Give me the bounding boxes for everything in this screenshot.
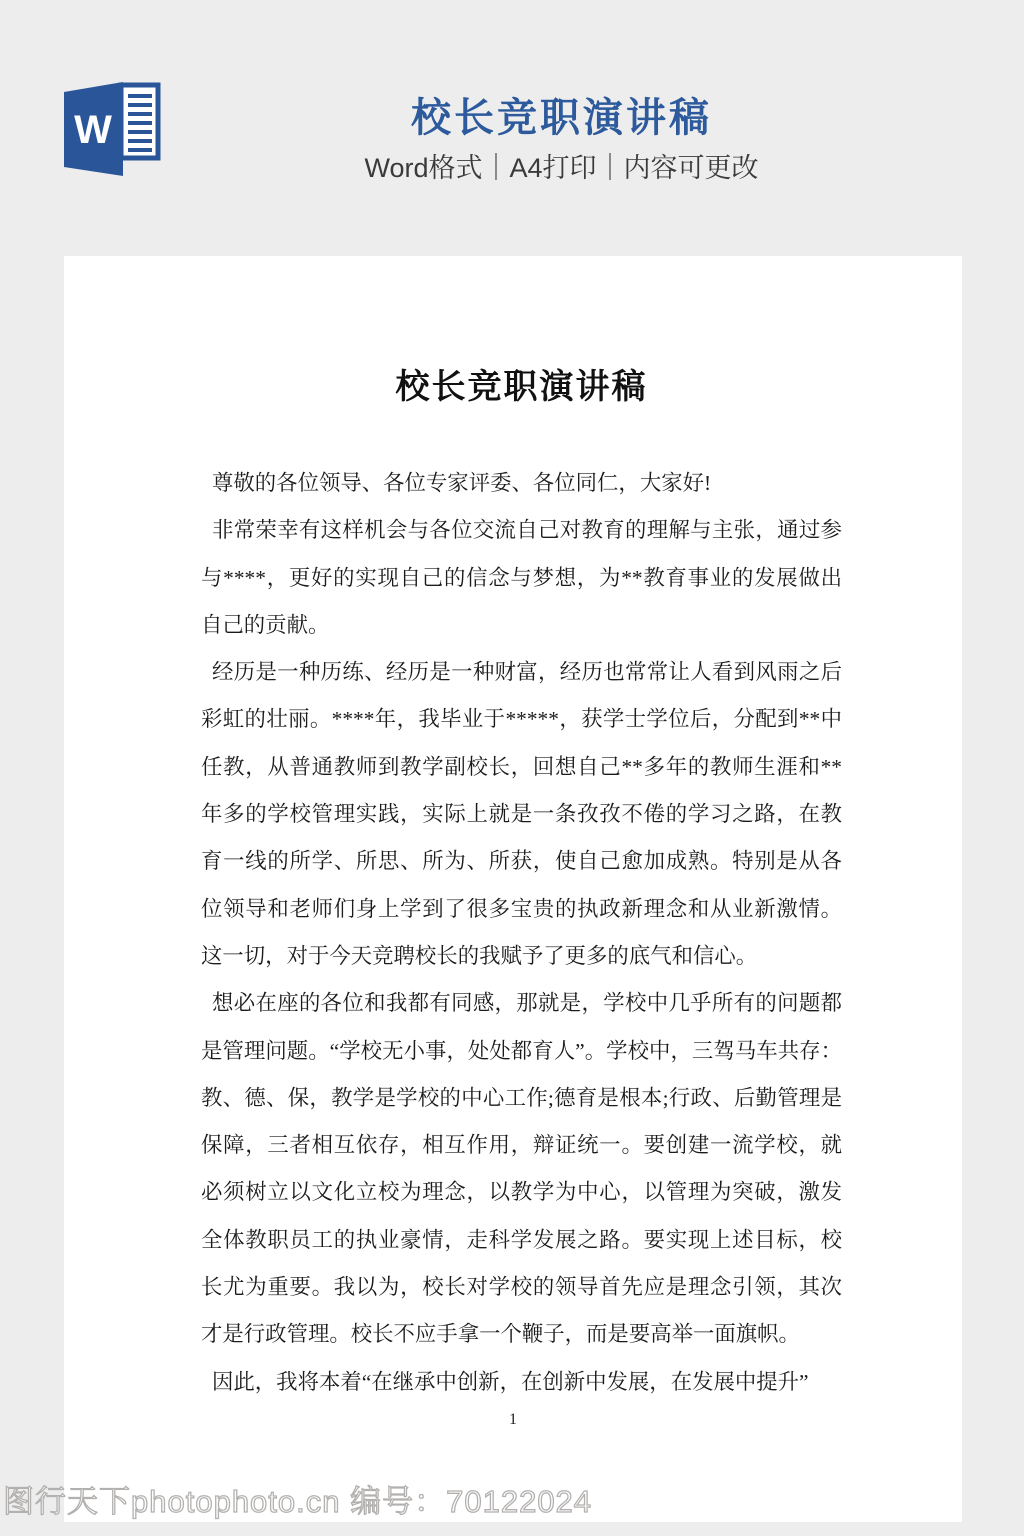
header-subtitle: Word格式｜A4打印｜内容可更改	[161, 152, 962, 184]
header: W 校长竞职演讲稿 Word格式｜A4打印｜内容可更改	[64, 82, 962, 184]
document-body: 尊敬的各位领导、各位专家评委、各位同仁，大家好!非常荣幸有这样机会与各位交流自己…	[201, 460, 842, 1406]
paragraph: 尊敬的各位领导、各位专家评委、各位同仁，大家好!	[201, 460, 842, 507]
word-icon: W	[64, 82, 161, 176]
page-number: 1	[64, 1410, 962, 1430]
watermark: 图行天下photophoto.cn 编号：70122024	[3, 1484, 592, 1520]
paragraph: 想必在座的各位和我都有同感，那就是，学校中几乎所有的问题都是管理问题。“学校无小…	[201, 980, 842, 1358]
page-background: { "colors": { "background": "#ededed", "…	[0, 0, 1024, 1536]
document-title: 校长竞职演讲稿	[201, 368, 842, 408]
header-title: 校长竞职演讲稿	[161, 96, 962, 140]
paragraph: 因此，我将本着“在继承中创新，在创新中发展，在发展中提升”	[201, 1359, 842, 1406]
header-text: 校长竞职演讲稿 Word格式｜A4打印｜内容可更改	[161, 82, 962, 184]
paragraph: 非常荣幸有这样机会与各位交流自己对教育的理解与主张，通过参与****，更好的实现…	[201, 507, 842, 649]
word-icon-letter: W	[74, 108, 112, 152]
document-page: 校长竞职演讲稿 尊敬的各位领导、各位专家评委、各位同仁，大家好!非常荣幸有这样机…	[64, 256, 962, 1522]
paragraph: 经历是一种历练、经历是一种财富，经历也常常让人看到风雨之后彩虹的壮丽。****年…	[201, 649, 842, 980]
word-icon-page-lines	[128, 96, 152, 150]
